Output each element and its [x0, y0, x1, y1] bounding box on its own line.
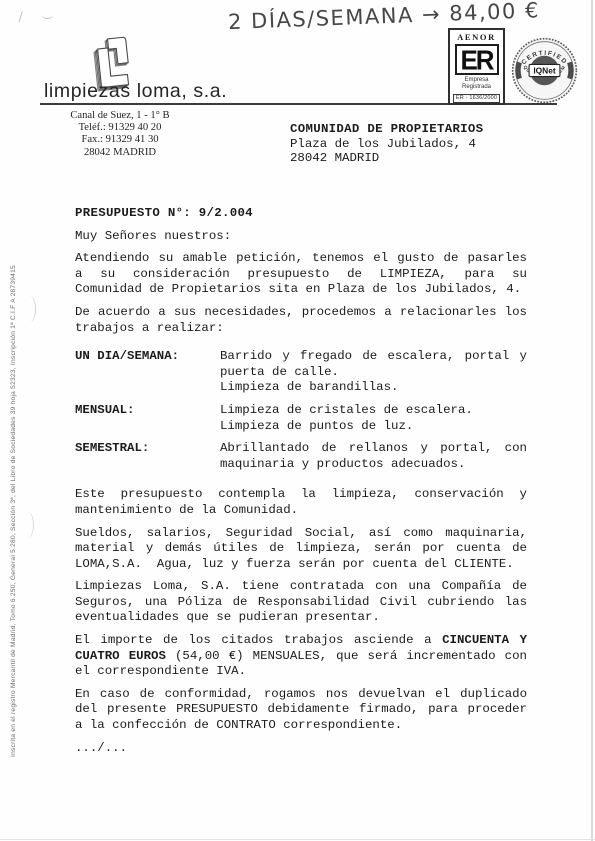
- scan-edge-bottom: [0, 839, 595, 840]
- scan-crease: [24, 512, 34, 538]
- aenor-caption: Empresa Registrada: [462, 77, 491, 91]
- scan-crease: [26, 296, 36, 322]
- aenor-badge: AENOR ER Empresa Registrada ER - 1636/20…: [448, 28, 505, 105]
- pen-mark: [18, 11, 27, 23]
- sender-address: Canal de Suez, 1 - 1° B Teléf.: 91329 40…: [54, 110, 186, 159]
- company-name: limpiezas loma, s.a.: [44, 80, 227, 103]
- schedule-description: Limpieza de cristales de escalera. Limpi…: [220, 403, 527, 434]
- work-schedule: UN DIA/SEMANA: Barrido y fregado de esca…: [75, 349, 527, 472]
- recipient-street: Plaza de los Jubilados, 4: [290, 137, 483, 152]
- aenor-er-logo: ER: [455, 44, 499, 75]
- salutation: Muy Señores nuestros:: [75, 229, 527, 245]
- scan-edge: [591, 0, 593, 841]
- schedule-term: UN DIA/SEMANA:: [75, 349, 220, 396]
- paragraph: Este presupuesto contempla la limpieza, …: [75, 487, 527, 518]
- recipient-city: 28042 MADRID: [290, 151, 483, 166]
- schedule-term: SEMESTRAL:: [75, 441, 220, 472]
- document-page: 2 DÍAS/SEMANA → 84,00 € limpiezas loma, …: [0, 0, 595, 841]
- schedule-item: UN DIA/SEMANA: Barrido y fregado de esca…: [75, 349, 527, 396]
- sender-street: Canal de Suez, 1 - 1° B: [54, 110, 186, 122]
- paragraph: Limpiezas Loma, S.A. tiene contratada co…: [75, 579, 527, 626]
- sender-phone: Teléf.: 91329 40 20: [54, 122, 186, 134]
- paragraph: Atendiendo su amable petición, tenemos e…: [75, 251, 527, 298]
- continuation-mark: .../...: [75, 741, 527, 757]
- letter-body: PRESUPUESTO N°: 9/2.004 Muy Señores nues…: [75, 206, 527, 763]
- recipient-name: COMUNIDAD DE PROPIETARIOS: [290, 122, 483, 137]
- quote-reference: PRESUPUESTO N°: 9/2.004: [75, 206, 527, 222]
- sender-city: 28042 MADRID: [54, 147, 186, 159]
- paragraph: En caso de conformidad, rogamos nos devu…: [75, 687, 527, 734]
- aenor-certificate-number: ER - 1636/2000: [453, 94, 500, 103]
- sender-fax: Fax.: 91329 41 30: [54, 134, 186, 146]
- schedule-description: Abrillantado de rellanos y portal, con m…: [220, 441, 527, 472]
- recipient-address: COMUNIDAD DE PROPIETARIOS Plaza de los J…: [290, 122, 483, 166]
- aenor-title: AENOR: [457, 32, 496, 42]
- schedule-term: MENSUAL:: [75, 403, 220, 434]
- paragraph-price: El importe de los citados trabajos ascie…: [75, 633, 527, 680]
- iqnet-center-label: IQNet: [533, 66, 556, 76]
- paragraph: Sueldos, salarios, Seguridad Social, así…: [75, 526, 527, 573]
- pen-mark: [42, 11, 53, 19]
- paragraph: De acuerdo a sus necesidades, procedemos…: [75, 305, 527, 336]
- schedule-item: SEMESTRAL: Abrillantado de rellanos y po…: [75, 441, 527, 472]
- schedule-item: MENSUAL: Limpieza de cristales de escale…: [75, 403, 527, 434]
- registry-margin-note: Inscrita en el registro Mercantil de Mad…: [10, 278, 17, 757]
- schedule-description: Barrido y fregado de escalera, portal y …: [220, 349, 527, 396]
- iqnet-seal-icon: CERTIFIED QUALITY SYSTEM IQNet: [511, 37, 578, 104]
